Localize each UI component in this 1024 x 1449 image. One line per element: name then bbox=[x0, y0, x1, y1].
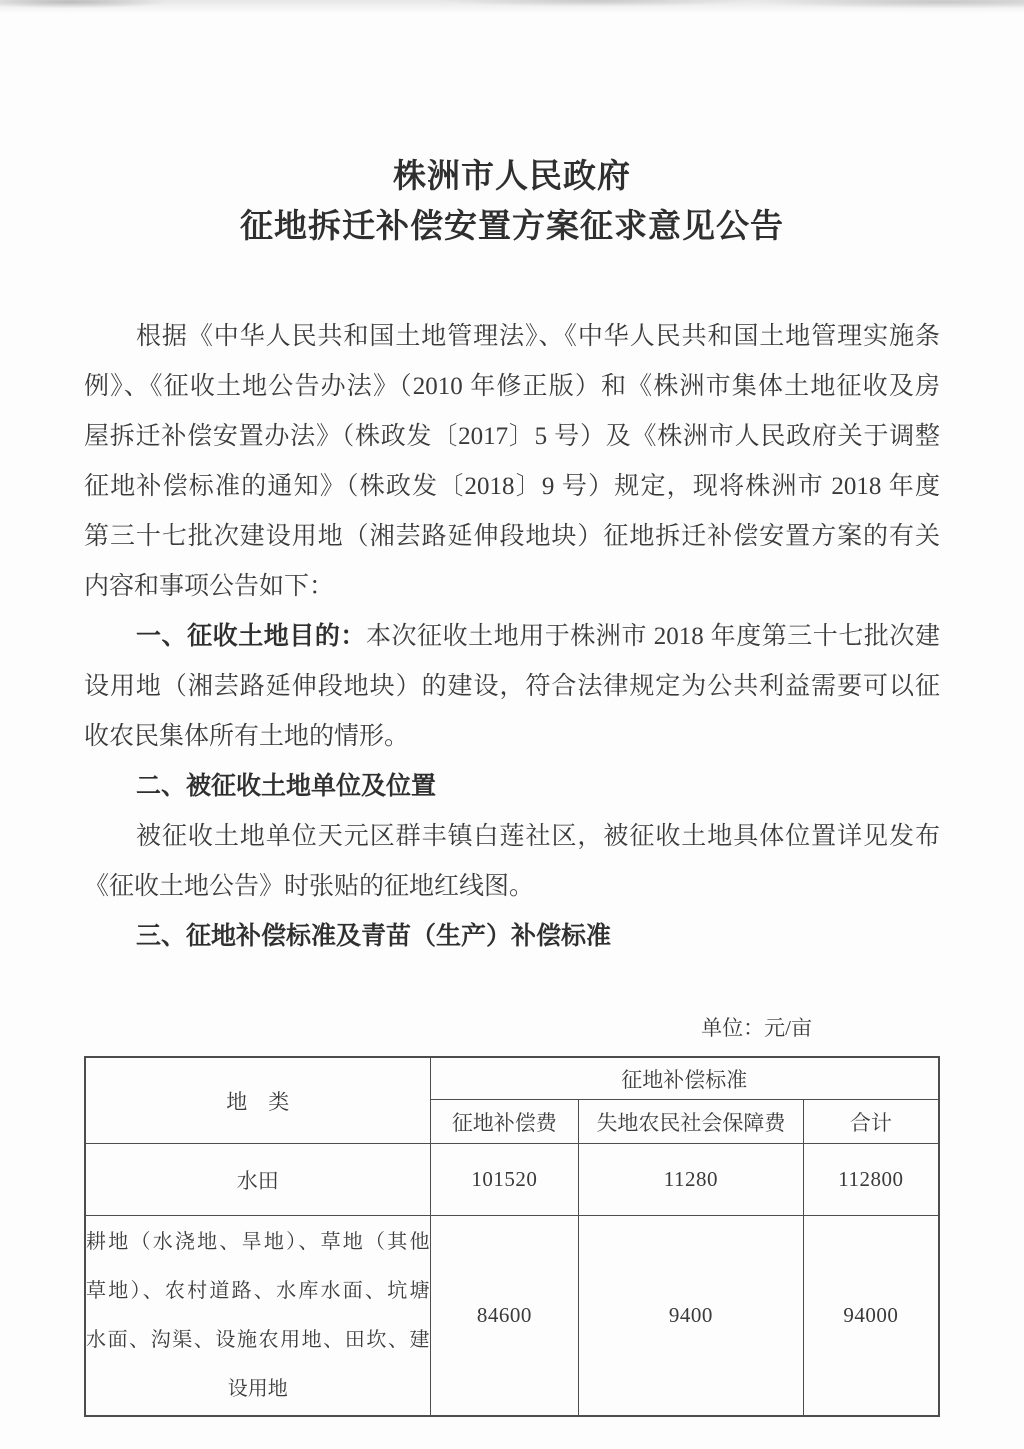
table-header-row-1: 地 类 征地补偿标准 bbox=[85, 1057, 939, 1100]
cell-fee: 84600 bbox=[430, 1216, 579, 1417]
cell-social: 9400 bbox=[579, 1216, 804, 1417]
paragraph-line: 征地补偿标准的通知》（株政发〔2018〕9 号）规定，现将株洲市 2018 年度 bbox=[84, 462, 940, 512]
cell-total: 94000 bbox=[803, 1216, 939, 1417]
table-header-social: 失地农民社会保障费 bbox=[579, 1100, 804, 1144]
paragraph-line: 收农民集体所有土地的情形。 bbox=[84, 712, 940, 762]
table-header-land-type: 地 类 bbox=[85, 1057, 430, 1144]
document-content: 株洲市人民政府 征地拆迁补偿安置方案征求意见公告 根据《中华人民共和国土地管理法… bbox=[84, 0, 940, 1417]
paragraph-line: 例》、《征收土地公告办法》（2010 年修正版）和《株洲市集体土地征收及房 bbox=[84, 362, 940, 412]
section-3-heading: 三、征地补偿标准及青苗（生产）补偿标准 bbox=[84, 912, 940, 962]
cell-land-type: 水田 bbox=[85, 1144, 430, 1216]
page-title-line-2: 征地拆迁补偿安置方案征求意见公告 bbox=[84, 202, 940, 252]
paragraph-line: 第三十七批次建设用地（湘芸路延伸段地块）征地拆迁补偿安置方案的有关 bbox=[84, 512, 940, 562]
paragraph-line: 一、征收土地目的：本次征收土地用于株洲市 2018 年度第三十七批次建 bbox=[84, 612, 940, 662]
unit-label: 单位：元/亩 bbox=[701, 1016, 812, 1040]
paragraph-line: 屋拆迁补偿安置办法》（株政发〔2017〕5 号）及《株洲市人民政府关于调整 bbox=[84, 412, 940, 462]
title-block: 株洲市人民政府 征地拆迁补偿安置方案征求意见公告 bbox=[84, 0, 940, 252]
cell-line: 水面、沟渠、设施农用地、田坎、建 bbox=[86, 1316, 430, 1365]
paragraph-text: 本次征收土地用于株洲市 2018 年度第三十七批次建 bbox=[366, 623, 940, 650]
paragraph-line: 根据《中华人民共和国土地管理法》、《中华人民共和国土地管理实施条 bbox=[84, 312, 940, 362]
cell-land-type: 耕地（水浇地、旱地）、草地（其他 草地）、农村道路、水库水面、坑塘 水面、沟渠、… bbox=[85, 1216, 430, 1417]
body-text: 根据《中华人民共和国土地管理法》、《中华人民共和国土地管理实施条 例》、《征收土… bbox=[84, 312, 940, 962]
cell-total: 112800 bbox=[803, 1144, 939, 1216]
compensation-table: 地 类 征地补偿标准 征地补偿费 失地农民社会保障费 合计 水田 101520 … bbox=[84, 1056, 940, 1417]
cell-line: 耕地（水浇地、旱地）、草地（其他 bbox=[86, 1218, 430, 1267]
paragraph-line: 被征收土地单位天元区群丰镇白莲社区，被征收土地具体位置详见发布 bbox=[84, 812, 940, 862]
unit-line: 单位：元/亩 bbox=[84, 1006, 940, 1050]
cell-social: 11280 bbox=[579, 1144, 804, 1216]
cell-line: 设用地 bbox=[86, 1365, 430, 1414]
document-page: 株洲市人民政府 征地拆迁补偿安置方案征求意见公告 根据《中华人民共和国土地管理法… bbox=[0, 0, 1024, 1449]
table-header-fee: 征地补偿费 bbox=[430, 1100, 579, 1144]
table-row: 水田 101520 11280 112800 bbox=[85, 1144, 939, 1216]
paragraph-line: 设用地（湘芸路延伸段地块）的建设，符合法律规定为公共利益需要可以征 bbox=[84, 662, 940, 712]
cell-fee: 101520 bbox=[430, 1144, 579, 1216]
page-title-line-1: 株洲市人民政府 bbox=[84, 152, 940, 202]
paragraph-line: 内容和事项公告如下： bbox=[84, 562, 940, 612]
section-1-heading: 一、征收土地目的： bbox=[136, 623, 366, 650]
paragraph-line: 《征收土地公告》时张贴的征地红线图。 bbox=[84, 862, 940, 912]
table-header-total: 合计 bbox=[803, 1100, 939, 1144]
section-2-heading: 二、被征收土地单位及位置 bbox=[84, 762, 940, 812]
table-header-standard-group: 征地补偿标准 bbox=[430, 1057, 939, 1100]
cell-line: 草地）、农村道路、水库水面、坑塘 bbox=[86, 1267, 430, 1316]
table-row: 耕地（水浇地、旱地）、草地（其他 草地）、农村道路、水库水面、坑塘 水面、沟渠、… bbox=[85, 1216, 939, 1417]
